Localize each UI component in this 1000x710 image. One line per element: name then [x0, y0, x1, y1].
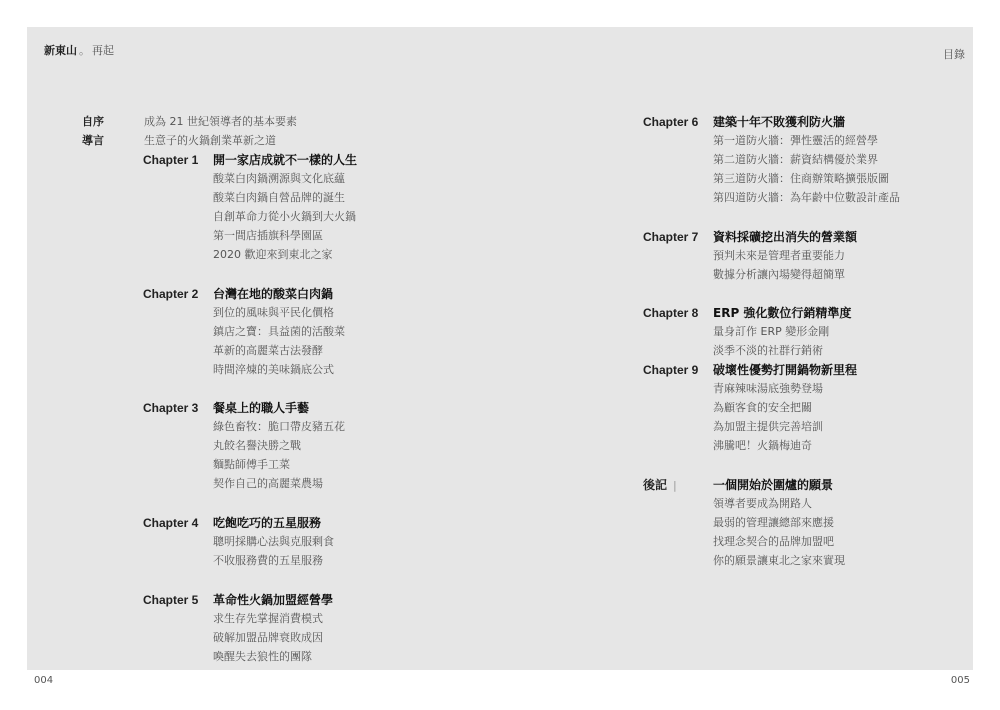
- afterword-divider: |: [673, 479, 677, 492]
- toc-subsection[interactable]: 綠色畜牧：脆口帶皮豬五花: [213, 420, 345, 434]
- toc-afterword[interactable]: 後記| 一個開始於圍爐的願景: [643, 478, 677, 493]
- toc-subsection[interactable]: 求生存先掌握消費模式: [213, 612, 323, 626]
- toc-front-matter-preface[interactable]: 自序 成為 21 世紀領導者的基本要素: [82, 115, 104, 129]
- toc-subsection[interactable]: 時間淬煉的美味鍋底公式: [213, 363, 334, 377]
- running-header-title: 新東山。再起: [44, 42, 114, 58]
- toc-chapter-6[interactable]: Chapter 6 建築十年不敗獲利防火牆: [643, 115, 698, 130]
- page-number-right: 005: [951, 675, 970, 686]
- toc-subsection[interactable]: 丸餃名譽決勝之戰: [213, 439, 301, 453]
- chapter-title: 建築十年不敗獲利防火牆: [713, 115, 845, 129]
- chapter-title: 革命性火鍋加盟經營學: [213, 593, 333, 607]
- toc-subsection[interactable]: 第一道防火牆：彈性靈活的經營學: [713, 134, 878, 148]
- toc-chapter-1[interactable]: Chapter 1 開一家店成就不一樣的人生: [143, 153, 198, 168]
- chapter-label: Chapter 2: [143, 287, 198, 301]
- chapter-label: Chapter 5: [143, 593, 198, 607]
- toc-subsection[interactable]: 數據分析讓內場變得超簡單: [713, 268, 845, 282]
- toc-subsection[interactable]: 酸菜白肉鍋溯源與文化底蘊: [213, 172, 345, 186]
- afterword-label: 後記: [643, 478, 667, 492]
- chapter-title: ERP 強化數位行銷精準度: [713, 306, 851, 320]
- toc-chapter-2[interactable]: Chapter 2 台灣在地的酸菜白肉鍋: [143, 287, 198, 302]
- introduction-label: 導言: [82, 134, 104, 147]
- toc-front-matter-introduction[interactable]: 導言 生意子的火鍋創業革新之道: [82, 134, 104, 148]
- afterword-title: 一個開始於圍爐的願景: [713, 478, 833, 492]
- introduction-text: 生意子的火鍋創業革新之道: [144, 134, 276, 148]
- toc-subsection[interactable]: 契作自己的高麗菜農場: [213, 477, 323, 491]
- toc-subsection[interactable]: 領導者要成為開路人: [713, 497, 812, 511]
- toc-subsection[interactable]: 最弱的管理讓總部來應援: [713, 516, 834, 530]
- chapter-label: Chapter 9: [643, 363, 698, 377]
- book-title-dot: 。: [79, 44, 90, 57]
- toc-subsection[interactable]: 你的願景讓東北之家來實現: [713, 554, 845, 568]
- chapter-title: 餐桌上的職人手藝: [213, 401, 309, 415]
- toc-subsection[interactable]: 鎮店之寶：具益菌的活酸菜: [213, 325, 345, 339]
- toc-subsection[interactable]: 第一間店插旗科學園區: [213, 229, 323, 243]
- toc-subsection[interactable]: 青麻辣味湯底強勢登場: [713, 382, 823, 396]
- toc-subsection[interactable]: 為加盟主提供完善培訓: [713, 420, 823, 434]
- toc-subsection[interactable]: 破解加盟品牌衰敗成因: [213, 631, 323, 645]
- toc-subsection[interactable]: 酸菜白肉鍋自營品牌的誕生: [213, 191, 345, 205]
- toc-chapter-3[interactable]: Chapter 3 餐桌上的職人手藝: [143, 401, 198, 416]
- chapter-label: Chapter 8: [643, 306, 698, 320]
- chapter-label: Chapter 6: [643, 115, 698, 129]
- toc-chapter-4[interactable]: Chapter 4 吃飽吃巧的五星服務: [143, 516, 198, 531]
- toc-subsection[interactable]: 革新的高麗菜古法發酵: [213, 344, 323, 358]
- chapter-title: 資料採礦挖出消失的營業額: [713, 230, 857, 244]
- toc-subsection[interactable]: 第三道防火牆：住商辦策略擴張版圖: [713, 172, 889, 186]
- toc-subsection[interactable]: 淡季不淡的社群行銷術: [713, 344, 823, 358]
- book-title-main: 新東山: [44, 44, 77, 57]
- chapter-title: 破壞性優勢打開鍋物新里程: [713, 363, 857, 377]
- toc-chapter-9[interactable]: Chapter 9 破壞性優勢打開鍋物新里程: [643, 363, 698, 378]
- chapter-title: 吃飽吃巧的五星服務: [213, 516, 321, 530]
- page-number-left: 004: [34, 675, 53, 686]
- toc-chapter-5[interactable]: Chapter 5 革命性火鍋加盟經營學: [143, 593, 198, 608]
- toc-subsection[interactable]: 自創革命力從小火鍋到大火鍋: [213, 210, 356, 224]
- chapter-label: Chapter 4: [143, 516, 198, 530]
- chapter-label: Chapter 3: [143, 401, 198, 415]
- toc-chapter-8[interactable]: Chapter 8 ERP 強化數位行銷精準度: [643, 306, 698, 321]
- toc-subsection[interactable]: 麵點師傅手工菜: [213, 458, 290, 472]
- toc-subsection[interactable]: 為顧客食的安全把關: [713, 401, 812, 415]
- running-header-section: 目錄: [943, 46, 965, 62]
- toc-subsection[interactable]: 找理念契合的品牌加盟吧: [713, 535, 834, 549]
- book-title-sub: 再起: [92, 44, 114, 57]
- chapter-label: Chapter 1: [143, 153, 198, 167]
- chapter-label: Chapter 7: [643, 230, 698, 244]
- toc-chapter-7[interactable]: Chapter 7 資料採礦挖出消失的營業額: [643, 230, 698, 245]
- toc-subsection[interactable]: 2020 歡迎來到東北之家: [213, 248, 333, 262]
- chapter-title: 台灣在地的酸菜白肉鍋: [213, 287, 333, 301]
- toc-subsection[interactable]: 不收服務費的五星服務: [213, 554, 323, 568]
- chapter-title: 開一家店成就不一樣的人生: [213, 153, 357, 167]
- preface-label: 自序: [82, 115, 104, 128]
- toc-subsection[interactable]: 量身訂作 ERP 變形金剛: [713, 325, 829, 339]
- toc-subsection[interactable]: 到位的風味與平民化價格: [213, 306, 334, 320]
- toc-subsection[interactable]: 第四道防火牆：為年齡中位數設計產品: [713, 191, 900, 205]
- toc-subsection[interactable]: 喚醒失去狼性的團隊: [213, 650, 312, 664]
- toc-subsection[interactable]: 預判未來是管理者重要能力: [713, 249, 845, 263]
- toc-subsection[interactable]: 第二道防火牆：薪資結構優於業界: [713, 153, 878, 167]
- toc-subsection[interactable]: 聰明採購心法與克服剩食: [213, 535, 334, 549]
- toc-subsection[interactable]: 沸騰吧！火鍋梅迪奇: [713, 439, 812, 453]
- preface-text: 成為 21 世紀領導者的基本要素: [144, 115, 297, 129]
